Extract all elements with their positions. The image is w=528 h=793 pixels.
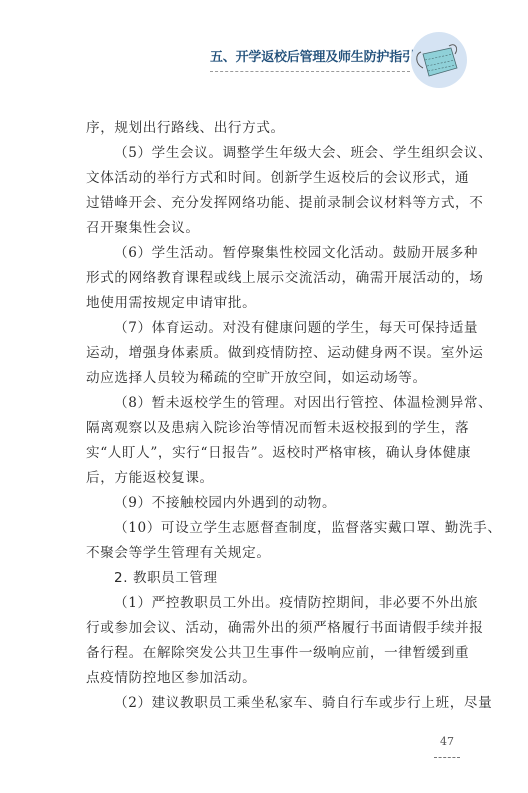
text-line: 后，方能返校复课。 [86,466,468,491]
text-line: （8）暂未返校学生的管理。对因出行管控、体温检测异常、 [86,391,468,416]
text-line: 不聚会等学生管理有关规定。 [86,541,468,566]
page-number: 47 [440,735,454,748]
text-line: 实“人盯人”，实行“日报告”。返校时严格审核，确认身体健康 [86,441,468,466]
body-text: 序，规划出行路线、出行方式。 （5）学生会议。调整学生年级大会、班会、学生组织会… [86,116,468,716]
text-line: 过错峰开会、充分发挥网络功能、提前录制会议材料等方式，不 [86,191,468,216]
text-line: （6）学生活动。暂停聚集性校园文化活动。鼓励开展多种 [86,241,468,266]
text-line: 序，规划出行路线、出行方式。 [86,116,468,141]
text-line: （7）体育运动。对没有健康问题的学生，每天可保持适量 [86,316,468,341]
header-dashed-rule [210,71,410,72]
text-line: （5）学生会议。调整学生年级大会、班会、学生组织会议、 [86,141,468,166]
text-line: 点疫情防控地区参加活动。 [86,666,468,691]
text-line: 形式的网络教育课程或线上展示交流活动，确需开展活动的，场 [86,266,468,291]
face-mask-badge [411,32,467,88]
text-line: （1）严控教职员工外出。疫情防控期间，非必要不外出旅 [86,591,468,616]
text-line: 隔离观察以及患病入院诊治等情况而暂未返校报到的学生，落 [86,416,468,441]
text-line: （10）可设立学生志愿督查制度，监督落实戴口罩、勤洗手、 [86,516,468,541]
text-line: 行或参加会议、活动，确需外出的须严格履行书面请假手续并报 [86,616,468,641]
running-header: 五、开学返校后管理及师生防护指引 [210,46,415,72]
text-line: 运动，增强身体素质。做到疫情防控、运动健身两不误。室外运 [86,341,468,366]
text-line: 召开聚集性会议。 [86,216,468,241]
text-line: 文体活动的举行方式和时间。创新学生返校后的会议形式，通 [86,166,468,191]
face-mask-icon [411,32,467,88]
text-line: 地使用需按规定申请审批。 [86,291,468,316]
page-number-rule [434,757,460,758]
section-heading: 2. 教职员工管理 [86,566,468,591]
text-line: （9）不接触校园内外遇到的动物。 [86,491,468,516]
text-line: 备行程。在解除突发公共卫生事件一级响应前，一律暂缓到重 [86,641,468,666]
chapter-title: 五、开学返校后管理及师生防护指引 [210,46,415,65]
text-line: 动应选择人员较为稀疏的空旷开放空间，如运动场等。 [86,366,468,391]
text-line: （2）建议教职员工乘坐私家车、骑自行车或步行上班，尽量 [86,691,468,716]
